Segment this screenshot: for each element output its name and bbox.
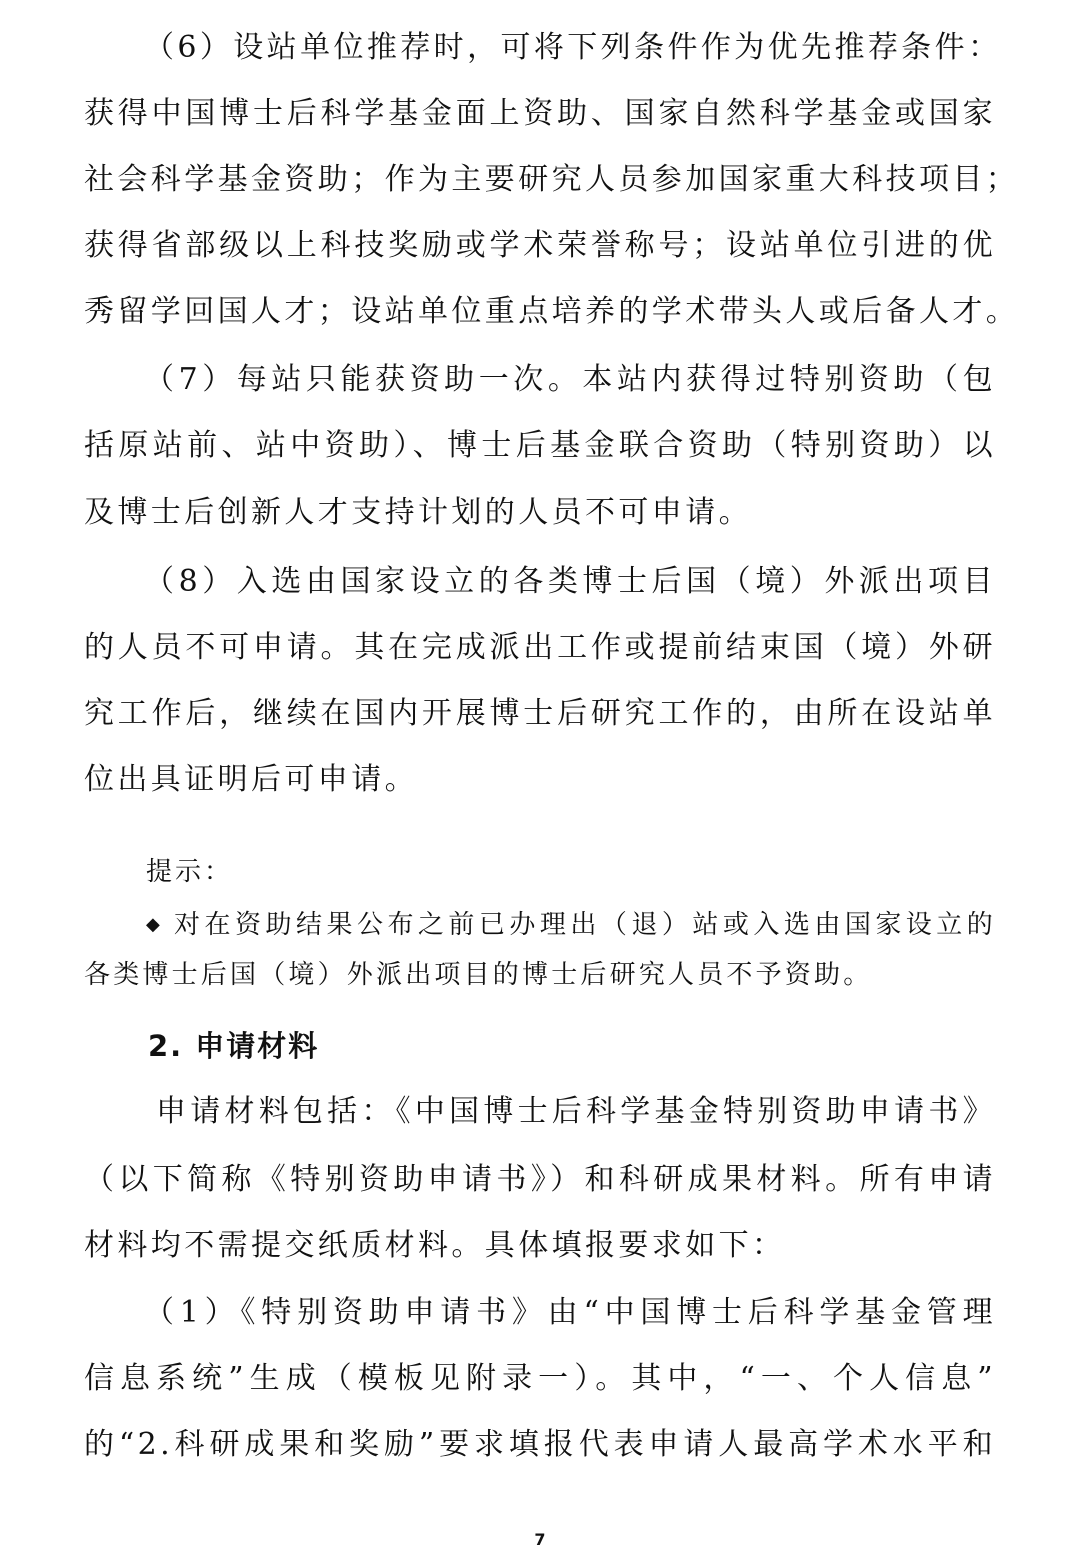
tip-line-2: 各类博士后国（境）外派出项目的博士后研究人员不予资助。: [84, 958, 996, 992]
tip-label: 提示：: [146, 855, 233, 889]
paragraph-6-line-5: 秀留学回国人才；设站单位重点培养的学术带头人或后备人才。: [84, 292, 996, 332]
paragraph-7-line-3: 及博士后创新人才支持计划的人员不可申请。: [84, 493, 996, 533]
diamond-bullet-icon: ◆: [146, 908, 160, 942]
paragraph-7-line-2: 括原站前、站中资助）、博士后基金联合资助（特别资助）以: [84, 426, 996, 466]
section-intro-line-3: 材料均不需提交纸质材料。具体填报要求如下：: [84, 1226, 996, 1266]
tip-line-1: 对在资助结果公布之前已办理出（退）站或入选由国家设立的: [174, 908, 996, 942]
paragraph-6-line-3: 社会科学基金资助；作为主要研究人员参加国家重大科技项目；: [84, 160, 996, 200]
section-intro-line-2: （以下简称《特别资助申请书》）和科研成果材料。所有申请: [84, 1160, 996, 1200]
paragraph-6-line-1: （6）设站单位推荐时，可将下列条件作为优先推荐条件：: [144, 28, 996, 68]
paragraph-8-line-4: 位出具证明后可申请。: [84, 760, 996, 800]
page-number: 7: [0, 1530, 1080, 1548]
material-item-1-line-1: （1）《特别资助申请书》由“中国博士后科学基金管理: [144, 1293, 996, 1333]
paragraph-6-line-2: 获得中国博士后科学基金面上资助、国家自然科学基金或国家: [84, 94, 996, 134]
paragraph-8-line-3: 究工作后，继续在国内开展博士后研究工作的，由所在设站单: [84, 694, 996, 734]
material-item-1-line-2: 信息系统”生成（模板见附录一）。其中，“一、个人信息”: [84, 1359, 996, 1399]
paragraph-8-line-1: （8）入选由国家设立的各类博士后国（境）外派出项目: [144, 562, 996, 602]
section-heading: 2. 申请材料: [148, 1026, 319, 1066]
section-intro-line-1: 申请材料包括：《中国博士后科学基金特别资助申请书》: [156, 1092, 996, 1132]
material-item-1-line-3: 的“2.科研成果和奖励”要求填报代表申请人最高学术水平和: [84, 1425, 996, 1465]
paragraph-7-line-1: （7）每站只能获资助一次。本站内获得过特别资助（包: [144, 360, 996, 400]
paragraph-6-line-4: 获得省部级以上科技奖励或学术荣誉称号；设站单位引进的优: [84, 226, 996, 266]
paragraph-8-line-2: 的人员不可申请。其在完成派出工作或提前结束国（境）外研: [84, 628, 996, 668]
document-page: （6）设站单位推荐时，可将下列条件作为优先推荐条件： 获得中国博士后科学基金面上…: [0, 0, 1080, 1548]
